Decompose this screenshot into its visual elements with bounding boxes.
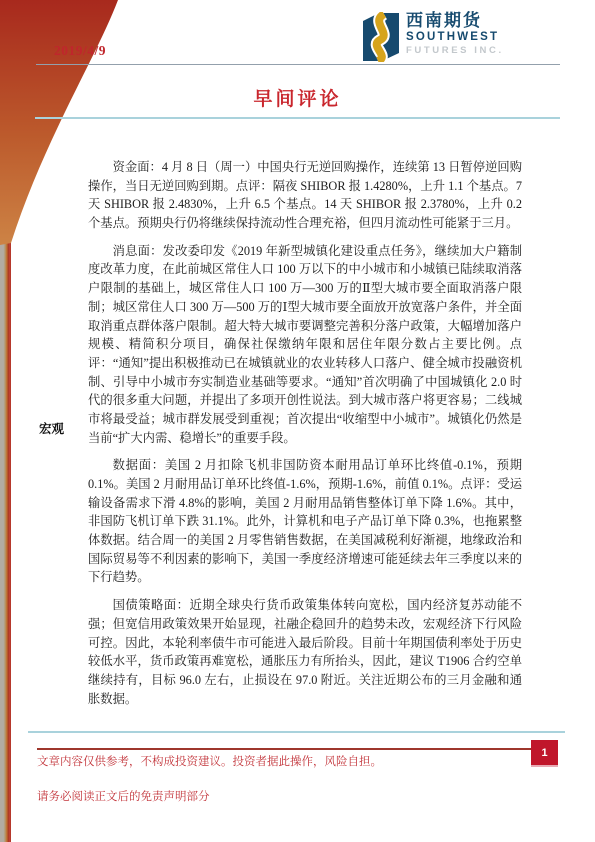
page-number-badge: 1 xyxy=(531,740,558,767)
page-title: 早间评论 xyxy=(0,84,595,111)
logo-s-icon xyxy=(362,12,400,62)
footer-cyan-rule xyxy=(28,731,565,733)
company-logo: 西南期货 SOUTHWEST FUTURES INC. xyxy=(362,12,504,62)
report-page: 2019/4/9 西南期货 SOUTHWEST FUTURES INC. 早间评… xyxy=(0,0,595,842)
paragraph-funding: 资金面：4 月 8 日（周一）中国央行无逆回购操作，连续第 13 日暂停逆回购操… xyxy=(88,158,522,233)
paragraph-data: 数据面：美国 2 月扣除飞机非国防资本耐用品订单环比终值-0.1%，预期 0.1… xyxy=(88,456,522,587)
disclaimer-line-1: 文章内容仅供参考，不构成投资建议。投资者据此操作，风险自担。 xyxy=(37,753,382,769)
section-label-macro: 宏观 xyxy=(39,419,64,437)
logo-subname-en: FUTURES INC. xyxy=(406,46,504,56)
logo-name-cn: 西南期货 xyxy=(406,12,504,29)
date-underline xyxy=(36,64,560,65)
paragraph-news: 消息面：发改委印发《2019 年新型城镇化建设重点任务》，继续加大户籍制度改革力… xyxy=(88,242,522,448)
report-body: 资金面：4 月 8 日（周一）中国央行无逆回购操作，连续第 13 日暂停逆回购操… xyxy=(88,158,522,717)
disclaimer-line-2: 请务必阅读正文后的免责声明部分 xyxy=(37,788,210,804)
footer-red-rule xyxy=(37,748,531,750)
report-date: 2019/4/9 xyxy=(54,43,106,59)
paragraph-bond-strategy: 国债策略面：近期全球央行货币政策集体转向宽松，国内经济复苏动能不强；但宽信用政策… xyxy=(88,596,522,708)
logo-name-en: SOUTHWEST xyxy=(406,32,504,44)
title-underline xyxy=(35,117,560,119)
